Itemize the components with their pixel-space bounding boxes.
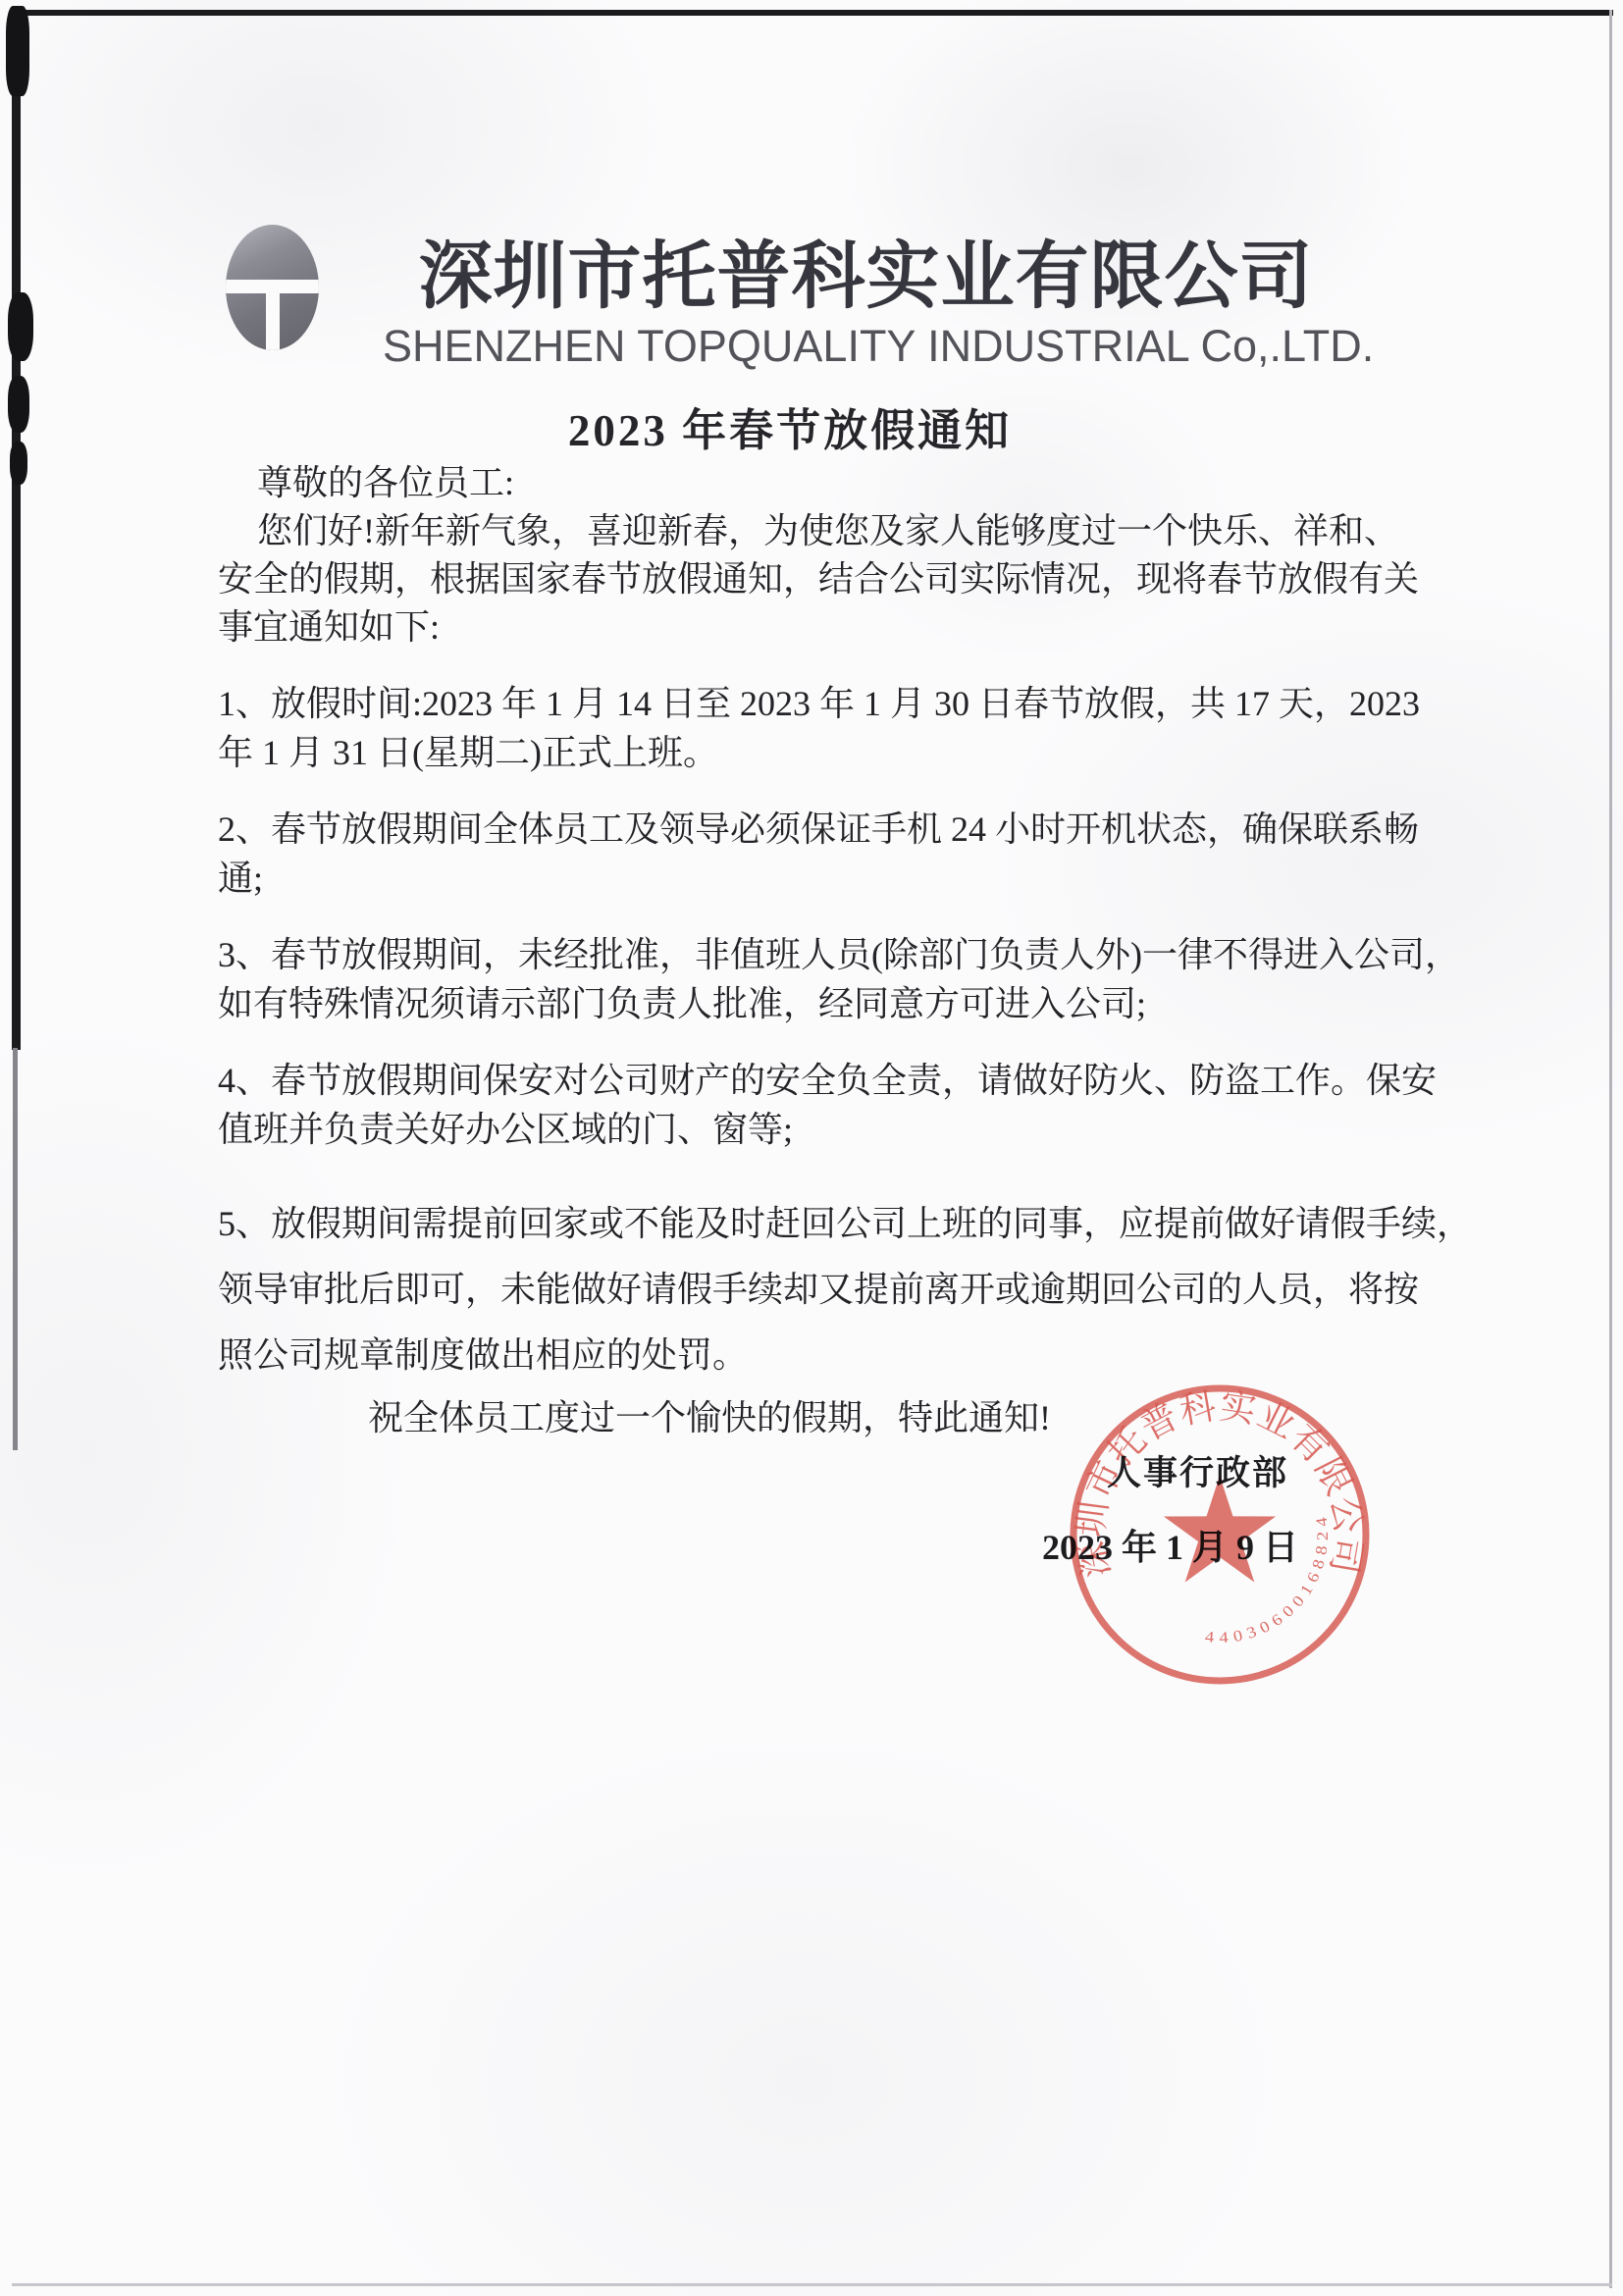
notice-item-1: 1、放假时间:2023 年 1 月 14 日至 2023 年 1 月 30 日春… (218, 679, 1400, 777)
company-stamp: 深圳市托普科实业有限公司 44030600168824 (1066, 1381, 1374, 1689)
scan-edge-bottom (12, 2283, 1612, 2286)
item-line: 1、放假时间:2023 年 1 月 14 日至 2023 年 1 月 30 日春… (218, 679, 1400, 728)
item-line: 值班并负责关好办公区域的门、窗等; (218, 1105, 1400, 1154)
document-title: 2023 年春节放假通知 (0, 394, 1601, 458)
item-line: 3、春节放假期间，未经批准，非值班人员(除部门负责人外)一律不得进入公司， (218, 930, 1400, 979)
scan-artifact (6, 6, 29, 96)
scan-edge-left-faint (13, 1048, 18, 1450)
scan-edge-right (1609, 10, 1612, 2288)
scan-edge-left (12, 10, 21, 1050)
logo-t-stem (266, 286, 280, 350)
company-name-cn: 深圳市托普科实业有限公司 (407, 218, 1325, 323)
salutation: 尊敬的各位员工: (218, 459, 1400, 507)
company-logo (226, 225, 319, 350)
item-line: 如有特殊情况须请示部门负责人批准，经同意方可进入公司; (218, 979, 1400, 1028)
document-page: 深圳市托普科实业有限公司 SHENZHEN TOPQUALITY INDUSTR… (0, 0, 1623, 2296)
notice-item-4: 4、春节放假期间保安对公司财产的安全负全责，请做好防火、防盗工作。保安 值班并负… (218, 1056, 1400, 1154)
item-line: 照公司规章制度做出相应的处罚。 (218, 1323, 1400, 1388)
intro-line: 安全的假期，根据国家春节放假通知，结合公司实际情况，现将春节放假有关 (218, 555, 1400, 603)
item-line: 5、放假期间需提前回家或不能及时赶回公司上班的同事，应提前做好请假手续， (218, 1191, 1400, 1257)
company-name-en: SHENZHEN TOPQUALITY INDUSTRIAL Co,.LTD. (383, 321, 1330, 372)
notice-body: 尊敬的各位员工: 您们好!新年新气象，喜迎新春，为使您及家人能够度过一个快乐、祥… (218, 459, 1400, 1442)
item-line: 年 1 月 31 日(星期二)正式上班。 (218, 728, 1400, 777)
stamp-star-icon (1164, 1476, 1276, 1583)
scan-artifact (8, 292, 33, 361)
item-line: 通; (218, 854, 1400, 903)
intro-line: 事宜通知如下: (218, 603, 1400, 652)
notice-item-3: 3、春节放假期间，未经批准，非值班人员(除部门负责人外)一律不得进入公司， 如有… (218, 930, 1400, 1028)
scan-edge-top (12, 10, 1613, 16)
notice-item-5: 5、放假期间需提前回家或不能及时赶回公司上班的同事，应提前做好请假手续， 领导审… (218, 1191, 1400, 1388)
item-line: 4、春节放假期间保安对公司财产的安全负全责，请做好防火、防盗工作。保安 (218, 1056, 1400, 1105)
intro-line: 您们好!新年新气象，喜迎新春，为使您及家人能够度过一个快乐、祥和、 (218, 507, 1400, 555)
item-line: 2、春节放假期间全体员工及领导必须保证手机 24 小时开机状态，确保联系畅 (218, 805, 1400, 854)
item-line: 领导审批后即可，未能做好请假手续却又提前离开或逾期回公司的人员，将按 (218, 1257, 1400, 1323)
notice-item-2: 2、春节放假期间全体员工及领导必须保证手机 24 小时开机状态，确保联系畅 通; (218, 805, 1400, 903)
intro-paragraph: 您们好!新年新气象，喜迎新春，为使您及家人能够度过一个快乐、祥和、 安全的假期，… (218, 507, 1400, 652)
